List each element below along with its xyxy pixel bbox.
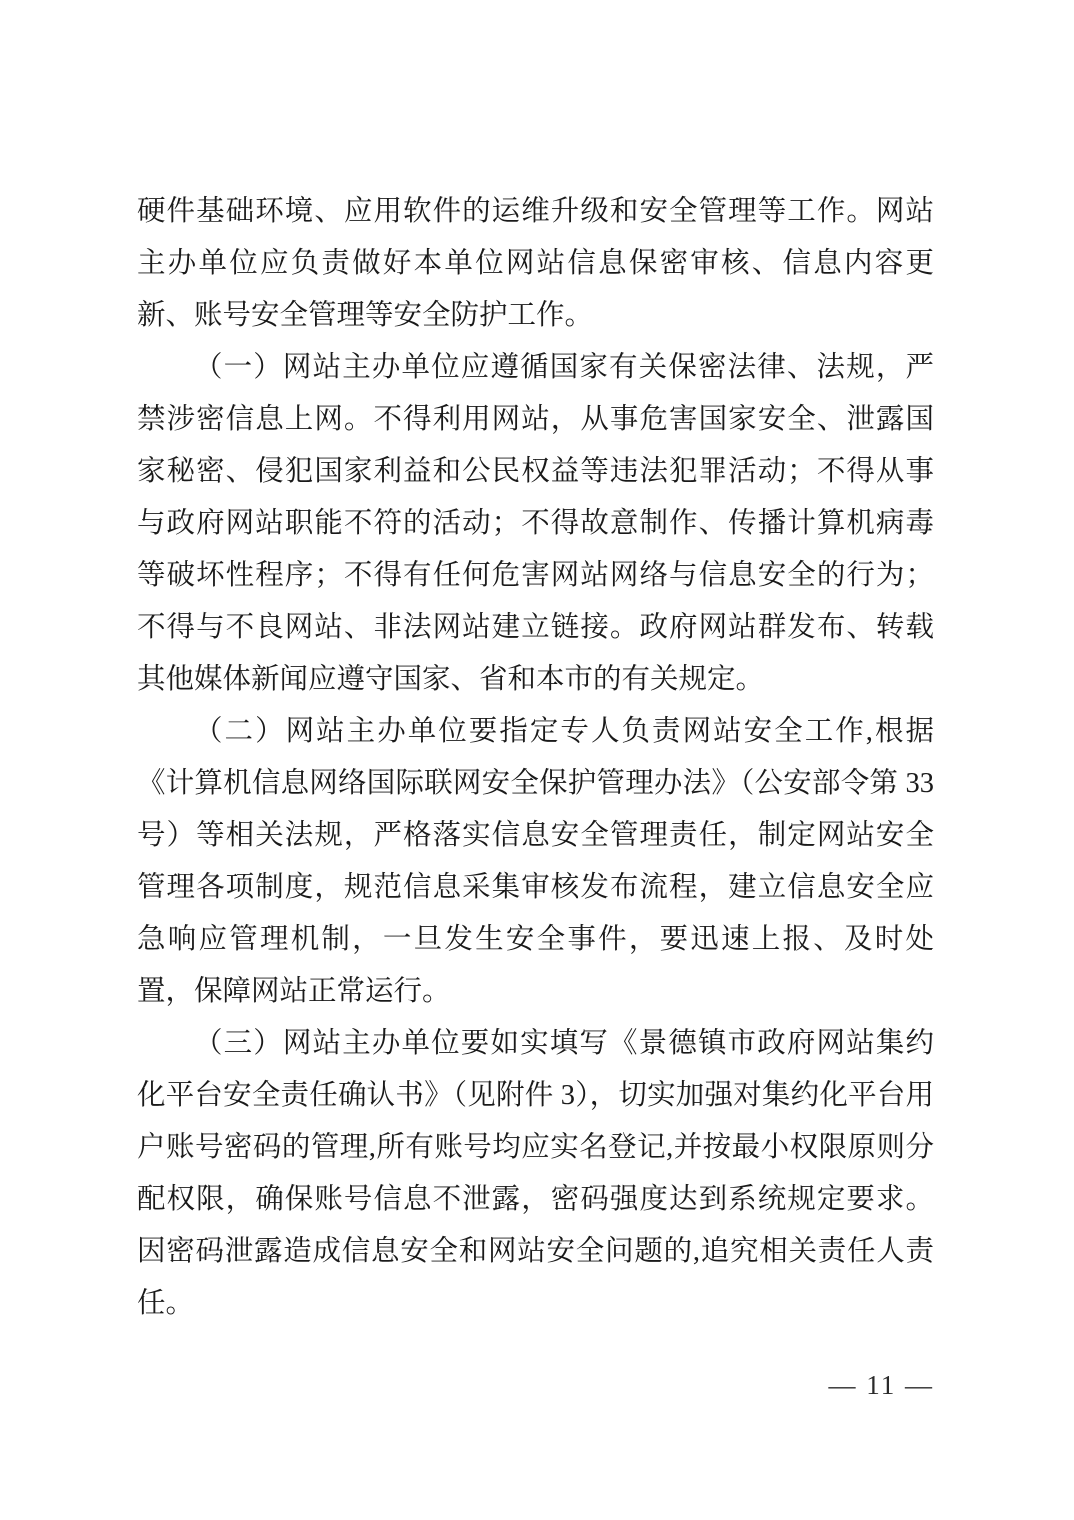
paragraph-continuation: 硬件基础环境、应用软件的运维升级和安全管理等工作。网站主办单位应负责做好本单位网… xyxy=(137,186,934,342)
page-number: — 11 — xyxy=(137,1370,934,1400)
paragraph-item-3: （三）网站主办单位要如实填写《景德镇市政府网站集约化平台安全责任确认书》（见附件… xyxy=(137,1018,934,1330)
paragraph-item-1: （一）网站主办单位应遵循国家有关保密法律、法规，严禁涉密信息上网。不得利用网站，… xyxy=(137,342,934,706)
paragraph-item-2: （二）网站主办单位要指定专人负责网站安全工作,根据《计算机信息网络国际联网安全保… xyxy=(137,706,934,1018)
document-page: 硬件基础环境、应用软件的运维升级和安全管理等工作。网站主办单位应负责做好本单位网… xyxy=(0,0,1074,1520)
document-body: 硬件基础环境、应用软件的运维升级和安全管理等工作。网站主办单位应负责做好本单位网… xyxy=(137,186,934,1330)
